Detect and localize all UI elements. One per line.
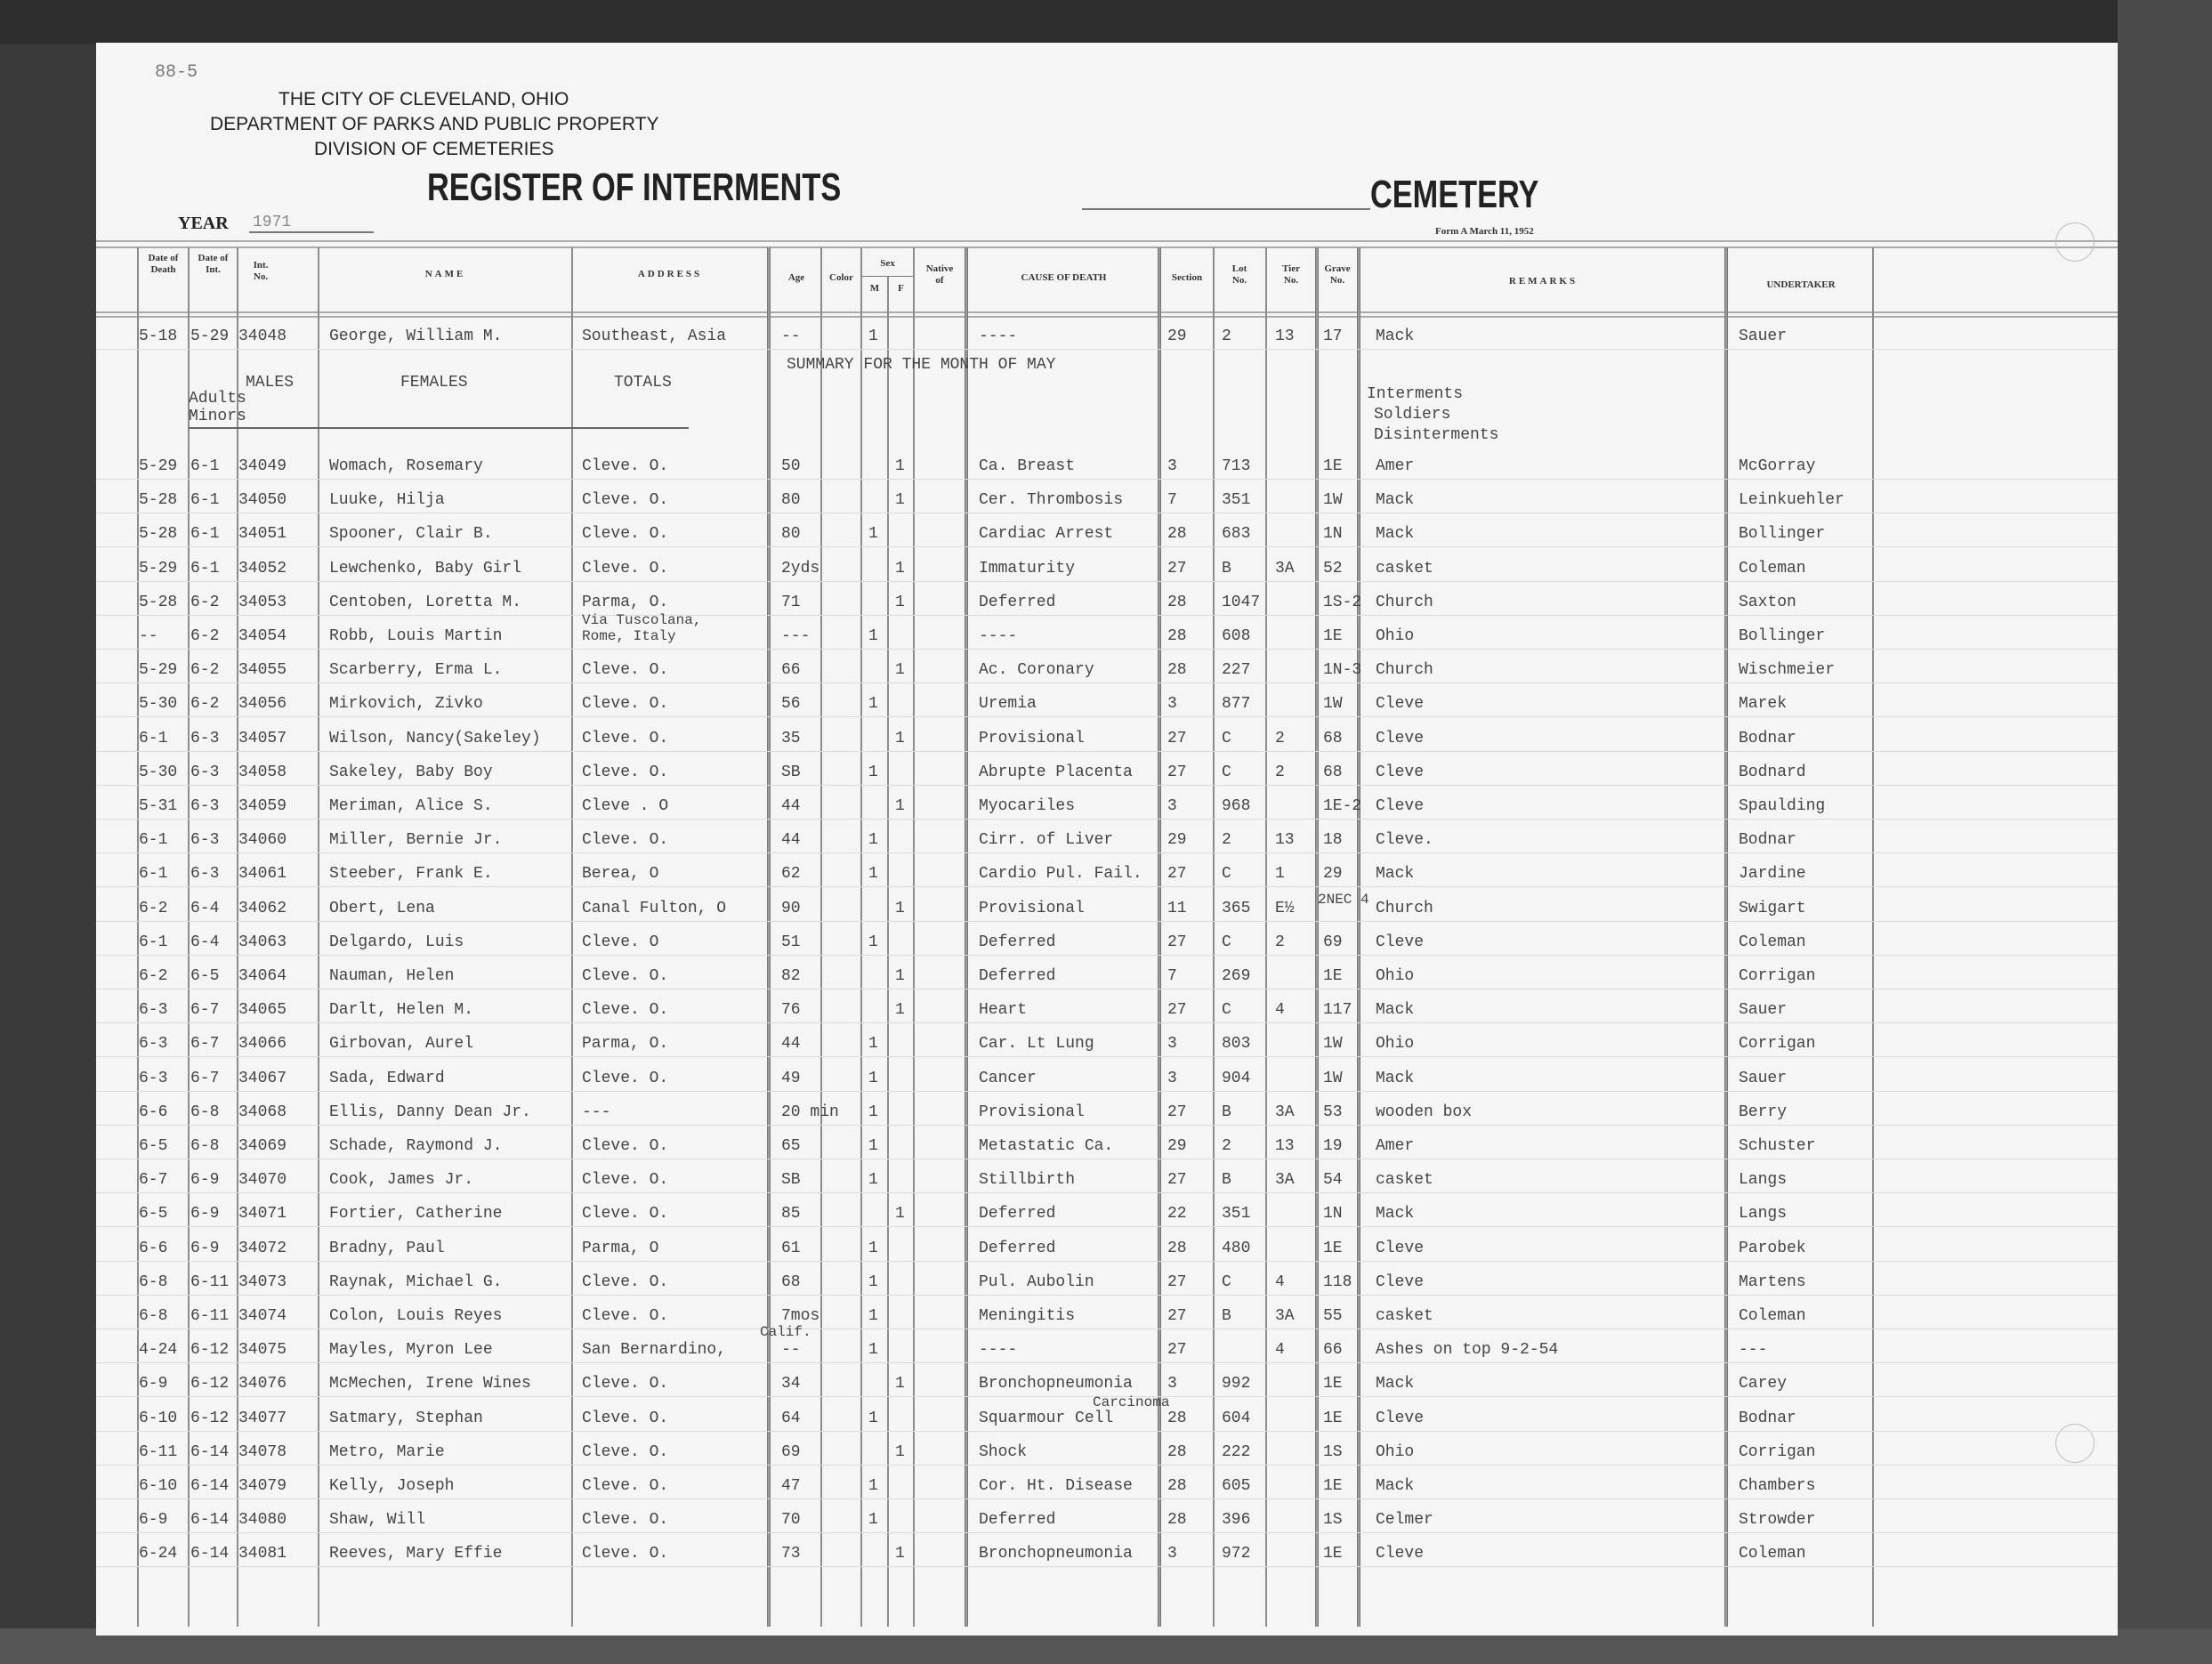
cell-cause: ----	[979, 327, 1017, 345]
cell-name: Womach, Rosemary	[329, 457, 483, 475]
cell-age: 73	[781, 1545, 801, 1563]
cell-age: 66	[781, 661, 801, 679]
col-line	[318, 247, 319, 1627]
cell-f: 1	[895, 491, 905, 509]
cell-address: Cleve. O.	[582, 1307, 668, 1325]
cell-dod: 5-29	[139, 457, 177, 475]
cell-remarks: Mack	[1376, 327, 1414, 345]
cell-name: Centoben, Loretta M.	[329, 594, 521, 611]
cell-m: 1	[868, 1273, 878, 1291]
cell-m: 1	[868, 763, 878, 781]
cell-tier: 4	[1275, 1341, 1285, 1359]
cell-remarks: Cleve	[1376, 1545, 1424, 1563]
cell-cause: Cancer	[979, 1070, 1037, 1087]
cell-int-no: 34075	[238, 1341, 287, 1359]
cell-remarks: Ohio	[1376, 1443, 1414, 1461]
cell-section: 27	[1167, 1103, 1187, 1121]
cell-tier: 3A	[1275, 560, 1295, 578]
cemetery-name-underline	[1082, 208, 1370, 210]
cell-cause: Cer. Thrombosis	[979, 491, 1123, 509]
row-rule	[96, 1431, 2118, 1432]
cell-int-no: 34060	[238, 831, 287, 849]
cell-doi: 6-7	[190, 1001, 219, 1019]
cell-lot: C	[1222, 730, 1231, 747]
cell-section: 3	[1167, 1375, 1177, 1393]
cell-cause: Shock	[979, 1443, 1027, 1461]
cell-cause: Immaturity	[979, 560, 1075, 578]
cell-f: 1	[895, 1375, 905, 1393]
cell-name: Bradny, Paul	[329, 1240, 445, 1257]
cell-dod: 5-18	[139, 327, 177, 345]
hole-punch-bottom	[2055, 1424, 2095, 1463]
cell-age: 51	[781, 933, 801, 951]
cell-lot: 605	[1222, 1477, 1250, 1495]
col-line	[820, 247, 822, 1627]
cell-name: Darlt, Helen M.	[329, 1001, 473, 1019]
cell-m: 1	[868, 1341, 878, 1359]
cell-grave: 1E	[1323, 1375, 1343, 1393]
cell-dod: 5-30	[139, 763, 177, 781]
cell-doi: 6-3	[190, 730, 219, 747]
cell-undertaker: Coleman	[1739, 560, 1806, 578]
row-rule	[96, 479, 2118, 480]
cell-undertaker: Chambers	[1739, 1477, 1815, 1495]
cell-dod: 6-8	[139, 1273, 167, 1291]
cell-undertaker: Marek	[1739, 695, 1787, 713]
cell-doi: 6-14	[190, 1511, 229, 1529]
cell-name: Sada, Edward	[329, 1070, 445, 1087]
cell-tier: 4	[1275, 1273, 1285, 1291]
row-rule	[96, 819, 2118, 820]
cell-cause: Squarmour Cell	[979, 1410, 1113, 1427]
cell-doi: 6-3	[190, 831, 219, 849]
cell-cause: Cor. Ht. Disease	[979, 1477, 1133, 1495]
cell-address: Cleve. O.	[582, 1001, 668, 1019]
cell-section: 27	[1167, 730, 1187, 747]
summary-disinterments: Disinterments	[1374, 426, 1498, 444]
cell-name: Luuke, Hilja	[329, 491, 445, 509]
cell-m: 1	[868, 1137, 878, 1155]
cell-age: 61	[781, 1240, 801, 1257]
cell-int-no: 34066	[238, 1035, 287, 1053]
cell-lot: B	[1222, 560, 1231, 578]
cell-undertaker: Bollinger	[1739, 627, 1825, 645]
row-rule	[96, 1362, 2118, 1363]
cell-undertaker: Bodnar	[1739, 1410, 1796, 1427]
cell-name: Robb, Louis Martin	[329, 627, 502, 645]
cell-address: Cleve. O.	[582, 831, 668, 849]
header-section: Section	[1161, 272, 1213, 284]
cell-grave: 54	[1323, 1171, 1343, 1189]
cell-grave: 1S-2	[1323, 594, 1361, 611]
cell-tier: 13	[1275, 327, 1295, 345]
cell-section: 27	[1167, 1171, 1187, 1189]
cell-address: Cleve. O	[582, 933, 658, 951]
cell-grave: 1S	[1323, 1511, 1343, 1529]
cell-lot: C	[1222, 865, 1231, 883]
cell-int-no: 34048	[238, 327, 287, 345]
header-date-of-int: Date of Int.	[190, 253, 237, 276]
cell-cause: Ac. Coronary	[979, 661, 1094, 679]
top-double-rule-1	[96, 240, 2118, 242]
cell-lot: 683	[1222, 525, 1250, 543]
cell-doi: 6-2	[190, 661, 219, 679]
cell-undertaker: Swigart	[1739, 900, 1806, 917]
top-double-rule-2	[96, 246, 2118, 248]
cell-undertaker: Sauer	[1739, 1001, 1787, 1019]
cell-lot: 351	[1222, 1205, 1250, 1223]
cell-cause: Ca. Breast	[979, 457, 1075, 475]
cell-int-no: 34049	[238, 457, 287, 475]
cell-dod: 6-3	[139, 1001, 167, 1019]
cell-dod: 5-28	[139, 491, 177, 509]
cell-grave: 53	[1323, 1103, 1343, 1121]
cell-cause: Metastatic Ca.	[979, 1137, 1113, 1155]
cell-int-no: 34071	[238, 1205, 287, 1223]
cell-grave: 19	[1323, 1137, 1343, 1155]
cell-address: Cleve. O.	[582, 967, 668, 985]
cell-age: 34	[781, 1375, 801, 1393]
cell-age: --	[781, 327, 801, 345]
cell-remarks: Church	[1376, 900, 1433, 917]
header-undertaker: UNDERTAKER	[1730, 279, 1872, 291]
cell-doi: 6-12	[190, 1410, 229, 1427]
cell-cause: Cirr. of Liver	[979, 831, 1113, 849]
cell-address: Cleve. O.	[582, 730, 668, 747]
cell-lot: 365	[1222, 900, 1250, 917]
cell-name: Ellis, Danny Dean Jr.	[329, 1103, 531, 1121]
cell-cause: Deferred	[979, 594, 1055, 611]
cell-undertaker: Bodnar	[1739, 831, 1796, 849]
cell-dod: --	[139, 627, 158, 645]
cell-m: 1	[868, 1511, 878, 1529]
cell-name: Mayles, Myron Lee	[329, 1341, 493, 1359]
summary-interments: Interments	[1367, 385, 1463, 403]
cell-address: Cleve. O.	[582, 1443, 668, 1461]
cell-int-no: 34080	[238, 1511, 287, 1529]
cell-doi: 6-14	[190, 1477, 229, 1495]
summary-soldiers: Soldiers	[1374, 406, 1450, 424]
hole-punch-top	[2055, 222, 2095, 262]
row-rule	[96, 1056, 2118, 1057]
cell-address: Cleve. O.	[582, 1137, 668, 1155]
cell-age: 50	[781, 457, 801, 475]
cell-section: 27	[1167, 1001, 1187, 1019]
cell-section: 7	[1167, 491, 1177, 509]
cell-section: 3	[1167, 797, 1177, 815]
cell-int-no: 34055	[238, 661, 287, 679]
cell-dod: 6-2	[139, 900, 167, 917]
row-rule	[96, 546, 2118, 547]
cell-m: 1	[868, 933, 878, 951]
cell-name: Miller, Bernie Jr.	[329, 831, 502, 849]
register-page: 88-5 THE CITY OF CLEVELAND, OHIO DEPARTM…	[96, 43, 2118, 1636]
cemetery-label: CEMETERY	[1370, 173, 1538, 217]
cell-undertaker: Spaulding	[1739, 797, 1825, 815]
cell-cause: Provisional	[979, 900, 1085, 917]
row-rule	[96, 1261, 2118, 1262]
cell-address: Cleve. O.	[582, 1273, 668, 1291]
summary-adults: Adults	[189, 390, 246, 408]
cell-doi: 6-1	[190, 560, 219, 578]
cell-cause: Cardio Pul. Fail.	[979, 865, 1142, 883]
cell-address: Southeast, Asia	[582, 327, 726, 345]
row-rule	[96, 886, 2118, 887]
cell-section: 11	[1167, 900, 1187, 917]
cell-undertaker: Leinkuehler	[1739, 491, 1845, 509]
cell-doi: 6-2	[190, 627, 219, 645]
cell-dod: 6-6	[139, 1240, 167, 1257]
cell-doi: 6-3	[190, 763, 219, 781]
header-int-no: Int. No.	[247, 260, 274, 283]
cell-grave: 29	[1323, 865, 1343, 883]
cell-undertaker: Bollinger	[1739, 525, 1825, 543]
cell-undertaker: Parobek	[1739, 1240, 1806, 1257]
header-sex: Sex	[862, 258, 913, 270]
cell-remarks: Mack	[1376, 865, 1414, 883]
header-bottom-rule-2	[96, 316, 2118, 318]
cell-lot: 396	[1222, 1511, 1250, 1529]
cell-address: Cleve. O.	[582, 525, 668, 543]
cell-name: Satmary, Stephan	[329, 1410, 483, 1427]
cell-address: Cleve. O.	[582, 695, 668, 713]
cell-undertaker: Schuster	[1739, 1137, 1815, 1155]
cell-name: Reeves, Mary Effie	[329, 1545, 502, 1563]
cell-f: 1	[895, 1001, 905, 1019]
row-rule	[96, 1295, 2118, 1296]
cell-address: Cleve. O.	[582, 457, 668, 475]
cell-remarks: Cleve.	[1376, 831, 1433, 849]
cell-age: 35	[781, 730, 801, 747]
cell-undertaker: Berry	[1739, 1103, 1787, 1121]
cell-name: Sakeley, Baby Boy	[329, 763, 493, 781]
summary-underline	[189, 427, 689, 429]
cell-grave: 1E	[1323, 1240, 1343, 1257]
cell-dod: 6-6	[139, 1103, 167, 1121]
cell-name: Steeber, Frank E.	[329, 865, 493, 883]
cell-dod: 6-24	[139, 1545, 177, 1563]
cell-age: 70	[781, 1511, 801, 1529]
header-name: NAME	[319, 269, 571, 280]
cell-m: 1	[868, 1103, 878, 1121]
cell-remarks: Mack	[1376, 525, 1414, 543]
cell-address: Berea, O	[582, 865, 658, 883]
cell-lot: B	[1222, 1103, 1231, 1121]
cell-int-no: 34053	[238, 594, 287, 611]
cell-doi: 6-8	[190, 1103, 219, 1121]
cell-remarks: Amer	[1376, 1137, 1414, 1155]
cell-remarks: wooden box	[1376, 1103, 1472, 1121]
cell-int-no: 34057	[238, 730, 287, 747]
cell-dod: 6-9	[139, 1375, 167, 1393]
cell-address: Via Tuscolana,	[582, 611, 701, 629]
cell-int-no: 34073	[238, 1273, 287, 1291]
cell-m: 1	[868, 525, 878, 543]
cell-name: Scarberry, Erma L.	[329, 661, 502, 679]
cell-address: Parma, O.	[582, 594, 668, 611]
cell-lot: 227	[1222, 661, 1250, 679]
cell-grave: 1W	[1323, 695, 1343, 713]
cell-int-no: 34051	[238, 525, 287, 543]
cell-cause: Deferred	[979, 1205, 1055, 1223]
cell-grave: 1E	[1323, 967, 1343, 985]
cell-address: Cleve. O.	[582, 1545, 668, 1563]
cell-undertaker: Carey	[1739, 1375, 1787, 1393]
summary-females: FEMALES	[400, 374, 468, 392]
cell-age: 71	[781, 594, 801, 611]
cell-section: 28	[1167, 1511, 1187, 1529]
cell-remarks: Church	[1376, 594, 1433, 611]
cell-grave: 18	[1323, 831, 1343, 849]
cell-age: 7mos	[781, 1307, 819, 1325]
cell-doi: 6-12	[190, 1375, 229, 1393]
header-tier-no: Tier No.	[1278, 263, 1304, 287]
cell-dod: 6-3	[139, 1070, 167, 1087]
cell-dod: 6-10	[139, 1477, 177, 1495]
col-line	[860, 247, 862, 1627]
cell-cause: Deferred	[979, 933, 1055, 951]
row-rule	[96, 581, 2118, 582]
cell-dod: 6-5	[139, 1205, 167, 1223]
cell-undertaker: Corrigan	[1739, 967, 1815, 985]
cell-cause-above: Carcinoma	[1093, 1393, 1169, 1411]
cell-section: 28	[1167, 594, 1187, 611]
cell-address: Canal Fulton, O	[582, 900, 726, 917]
cell-grave: 2NEC 4	[1318, 891, 1369, 909]
cell-undertaker: Wischmeier	[1739, 661, 1835, 679]
cell-lot: C	[1222, 763, 1231, 781]
cell-dod: 6-11	[139, 1443, 177, 1461]
cell-tier: 2	[1275, 933, 1285, 951]
col-line	[1158, 247, 1161, 1627]
cell-age: SB	[781, 1171, 801, 1189]
cell-lot: 351	[1222, 491, 1250, 509]
row-rule	[96, 1566, 2118, 1567]
cell-tier: 2	[1275, 763, 1285, 781]
row-rule	[96, 1498, 2118, 1499]
cell-address: Cleve. O.	[582, 1511, 668, 1529]
cell-cause: Bronchopneumonia	[979, 1545, 1133, 1563]
cell-dod: 6-5	[139, 1137, 167, 1155]
cell-cause: Provisional	[979, 1103, 1085, 1121]
cell-remarks: Cleve	[1376, 763, 1424, 781]
cell-doi: 6-2	[190, 695, 219, 713]
cell-m: 1	[868, 1171, 878, 1189]
cell-undertaker: Coleman	[1739, 933, 1806, 951]
cell-cause: Bronchopneumonia	[979, 1375, 1133, 1393]
cell-remarks: Mack	[1376, 1375, 1414, 1393]
cell-section: 3	[1167, 1035, 1177, 1053]
row-rule	[96, 1226, 2118, 1227]
cell-address: Cleve. O.	[582, 491, 668, 509]
cell-address-above: Calif.	[760, 1323, 811, 1341]
summary-minors: Minors	[189, 408, 246, 425]
cell-grave: 1N-3	[1323, 661, 1361, 679]
cell-m: 1	[868, 695, 878, 713]
cell-name: Wilson, Nancy(Sakeley)	[329, 730, 541, 747]
cell-tier: 1	[1275, 865, 1285, 883]
cell-lot: C	[1222, 1001, 1231, 1019]
cell-grave: 1W	[1323, 1035, 1343, 1053]
page-reference: 88-5	[155, 62, 198, 83]
cell-address: Cleve. O.	[582, 1205, 668, 1223]
cell-dod: 6-7	[139, 1171, 167, 1189]
cell-lot: 608	[1222, 627, 1250, 645]
register-title: REGISTER OF INTERMENTS	[427, 166, 841, 210]
cell-tier: 3A	[1275, 1103, 1295, 1121]
cell-doi: 6-14	[190, 1443, 229, 1461]
cell-int-no: 34063	[238, 933, 287, 951]
cell-section: 3	[1167, 457, 1177, 475]
cell-m: 1	[868, 1070, 878, 1087]
cell-grave: 68	[1323, 763, 1343, 781]
row-rule	[96, 785, 2118, 786]
cell-name: George, William M.	[329, 327, 502, 345]
cell-remarks: Celmer	[1376, 1511, 1433, 1529]
row-rule	[96, 1091, 2118, 1092]
cell-section: 28	[1167, 1240, 1187, 1257]
cell-grave: 1E-2	[1323, 797, 1361, 815]
cell-doi: 6-11	[190, 1307, 229, 1325]
cell-address: ---	[582, 1103, 610, 1121]
cell-lot: 269	[1222, 967, 1250, 985]
cell-undertaker: Corrigan	[1739, 1035, 1815, 1053]
binder-top-edge	[0, 0, 2212, 44]
col-line	[913, 247, 915, 1627]
cell-remarks: Church	[1376, 661, 1433, 679]
cell-undertaker: Jardine	[1739, 865, 1806, 883]
cell-undertaker: Martens	[1739, 1273, 1806, 1291]
cell-address: Cleve . O	[582, 797, 668, 815]
cell-age: 49	[781, 1070, 801, 1087]
cell-name: Girbovan, Aurel	[329, 1035, 473, 1053]
cell-remarks: Cleve	[1376, 1240, 1424, 1257]
cell-grave: 1E	[1323, 1545, 1343, 1563]
cell-dod: 5-28	[139, 594, 177, 611]
cell-address: Cleve. O.	[582, 1477, 668, 1495]
cell-section: 29	[1167, 831, 1187, 849]
cell-age: 64	[781, 1410, 801, 1427]
col-line	[1315, 247, 1319, 1627]
cell-doi: 6-9	[190, 1205, 219, 1223]
cell-int-no: 34074	[238, 1307, 287, 1325]
cell-int-no: 34058	[238, 763, 287, 781]
cell-lot: 803	[1222, 1035, 1250, 1053]
cell-grave: 118	[1323, 1273, 1352, 1291]
cell-section: 3	[1167, 1070, 1177, 1087]
col-line	[965, 247, 968, 1627]
cell-doi: 6-1	[190, 491, 219, 509]
cell-name: Nauman, Helen	[329, 967, 454, 985]
cell-f: 1	[895, 1205, 905, 1223]
row-rule	[96, 1465, 2118, 1466]
cell-dod: 6-8	[139, 1307, 167, 1325]
cell-section: 28	[1167, 1477, 1187, 1495]
cell-undertaker: Bodnar	[1739, 730, 1796, 747]
cell-f: 1	[895, 594, 905, 611]
cell-name: Raynak, Michael G.	[329, 1273, 502, 1291]
cell-int-no: 34077	[238, 1410, 287, 1427]
cell-grave: 1E	[1323, 1410, 1343, 1427]
cell-section: 28	[1167, 661, 1187, 679]
cell-tier: 13	[1275, 1137, 1295, 1155]
cell-int-no: 34062	[238, 900, 287, 917]
cell-remarks: Mack	[1376, 1001, 1414, 1019]
cell-section: 28	[1167, 1410, 1187, 1427]
cell-cause: ----	[979, 627, 1017, 645]
cell-doi: 6-1	[190, 525, 219, 543]
cell-remarks: casket	[1376, 1307, 1433, 1325]
